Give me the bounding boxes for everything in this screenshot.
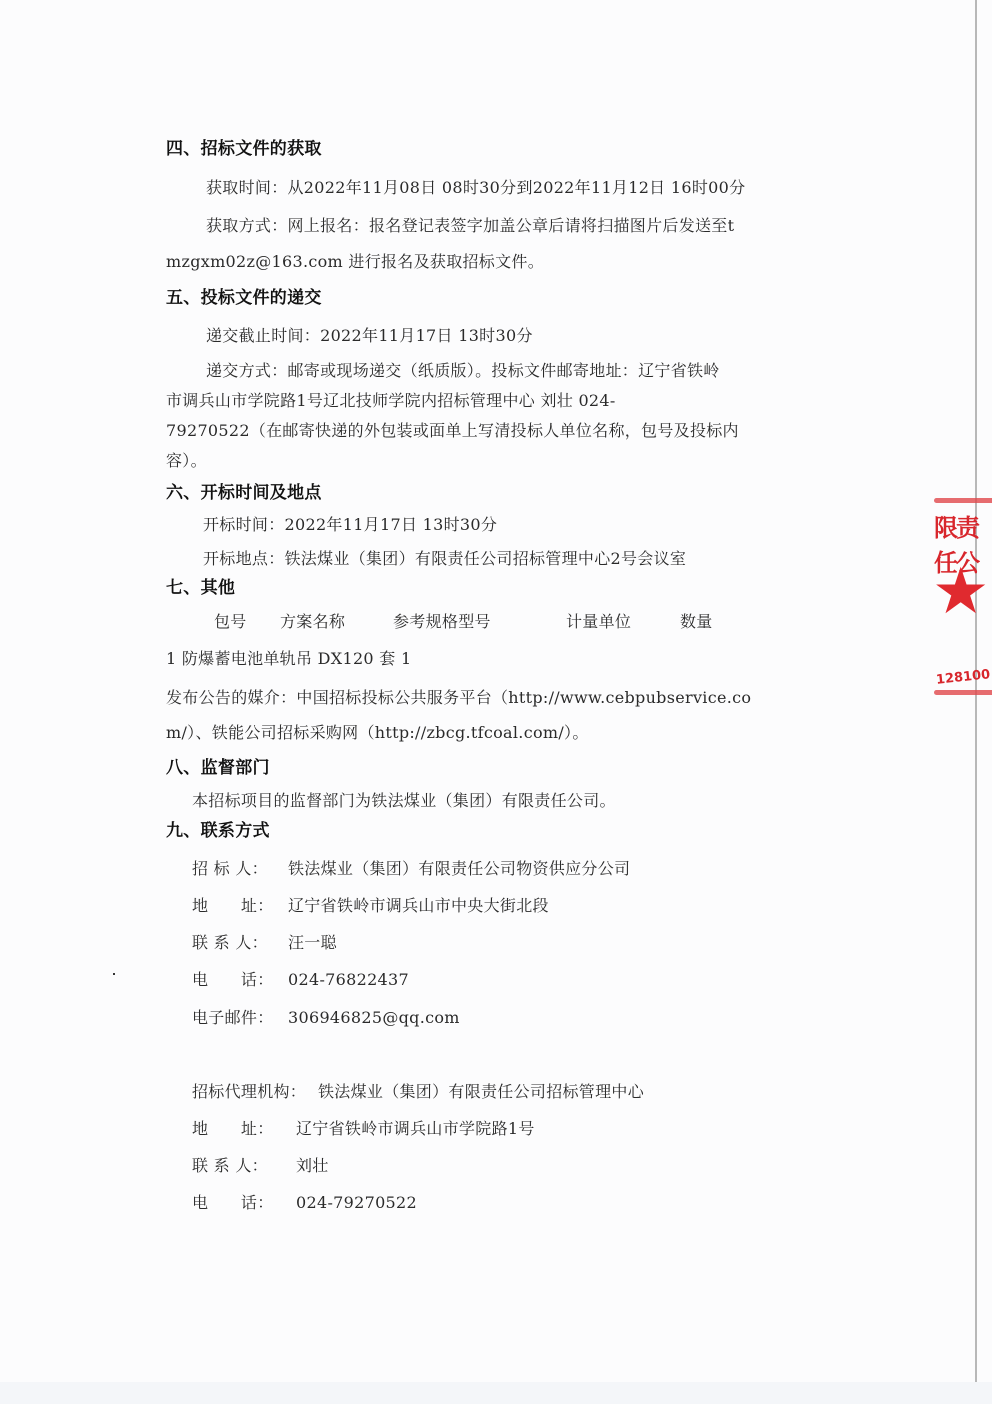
- tenderer-email: 306946825@qq.com: [288, 1008, 460, 1028]
- official-seal: 限责任公 ★ 128100: [926, 490, 992, 700]
- opening-place: 开标地点：铁法煤业（集团）有限责任公司招标管理中心2号会议室: [203, 549, 686, 569]
- table-header-scheme: 方案名称: [280, 612, 345, 632]
- agency-address-label: 地 址：: [192, 1119, 274, 1139]
- acquisition-method-line1: 获取方式：网上报名：报名登记表签字加盖公章后请将扫描图片后发送至t: [206, 216, 734, 236]
- agency-contact: 刘壮: [296, 1156, 329, 1176]
- agency-address: 辽宁省铁岭市调兵山市学院路1号: [296, 1119, 535, 1139]
- section-6-heading: 六、开标时间及地点: [166, 483, 322, 503]
- agency-name-label: 招标代理机构：: [192, 1082, 306, 1102]
- tenderer-address-label: 地 址：: [192, 896, 274, 916]
- seal-number: 128100: [935, 667, 991, 688]
- tenderer-phone: 024-76822437: [288, 970, 409, 990]
- tenderer-name-label: 招 标 人：: [192, 859, 268, 879]
- agency-phone-label: 电 话：: [192, 1193, 274, 1213]
- agency-phone: 024-79270522: [296, 1193, 417, 1213]
- table-header-quantity: 数量: [680, 612, 713, 632]
- section-5-heading: 五、投标文件的递交: [166, 288, 322, 308]
- section-8-heading: 八、监督部门: [166, 758, 270, 778]
- submission-method-line4: 容）。: [166, 451, 207, 471]
- table-row: 1 防爆蓄电池单轨吊 DX120 套 1: [166, 649, 411, 669]
- tenderer-contact-label: 联 系 人：: [192, 933, 268, 953]
- section-9-heading: 九、联系方式: [166, 821, 270, 841]
- seal-arc-top: [934, 498, 992, 503]
- tenderer-name: 铁法煤业（集团）有限责任公司物资供应分公司: [288, 859, 630, 879]
- scan-bottom-edge: [0, 1382, 992, 1404]
- section-7-heading: 七、其他: [166, 578, 235, 598]
- acquisition-time: 获取时间：从2022年11月08日 08时30分到2022年11月12日 16时…: [206, 178, 745, 198]
- acquisition-method-line2: mzgxm02z@163.com 进行报名及获取招标文件。: [166, 252, 544, 272]
- tenderer-email-label: 电子邮件：: [192, 1008, 274, 1028]
- table-header-spec: 参考规格型号: [393, 612, 491, 632]
- media-line1: 发布公告的媒介：中国招标投标公共服务平台（http://www.cebpubse…: [166, 688, 751, 708]
- seal-star-icon: ★: [932, 560, 989, 624]
- supervision-text: 本招标项目的监督部门为铁法煤业（集团）有限责任公司。: [192, 791, 616, 811]
- tenderer-phone-label: 电 话：: [192, 970, 274, 990]
- tenderer-address: 辽宁省铁岭市调兵山市中央大街北段: [288, 896, 549, 916]
- media-line2: m/）、铁能公司招标采购网（http://zbcg.tfcoal.com/）。: [166, 723, 589, 743]
- agency-name: 铁法煤业（集团）有限责任公司招标管理中心: [318, 1082, 644, 1102]
- table-header-package: 包号: [214, 612, 247, 632]
- submission-method-line2: 市调兵山市学院路1号辽北技师学院内招标管理中心 刘壮 024-: [166, 391, 616, 411]
- table-header-unit: 计量单位: [566, 612, 631, 632]
- scan-speck: [113, 973, 115, 975]
- seal-arc-bottom: [934, 690, 992, 695]
- section-4-heading: 四、招标文件的获取: [166, 139, 322, 159]
- agency-contact-label: 联 系 人：: [192, 1156, 268, 1176]
- submission-method-line1: 递交方式：邮寄或现场递交（纸质版）。投标文件邮寄地址：辽宁省铁岭: [206, 361, 720, 381]
- opening-time: 开标时间：2022年11月17日 13时30分: [203, 515, 497, 535]
- submission-deadline: 递交截止时间：2022年11月17日 13时30分: [206, 326, 533, 346]
- submission-method-line3: 79270522（在邮寄快递的外包装或面单上写清投标人单位名称，包号及投标内: [166, 421, 739, 441]
- tenderer-contact: 汪一聪: [288, 933, 337, 953]
